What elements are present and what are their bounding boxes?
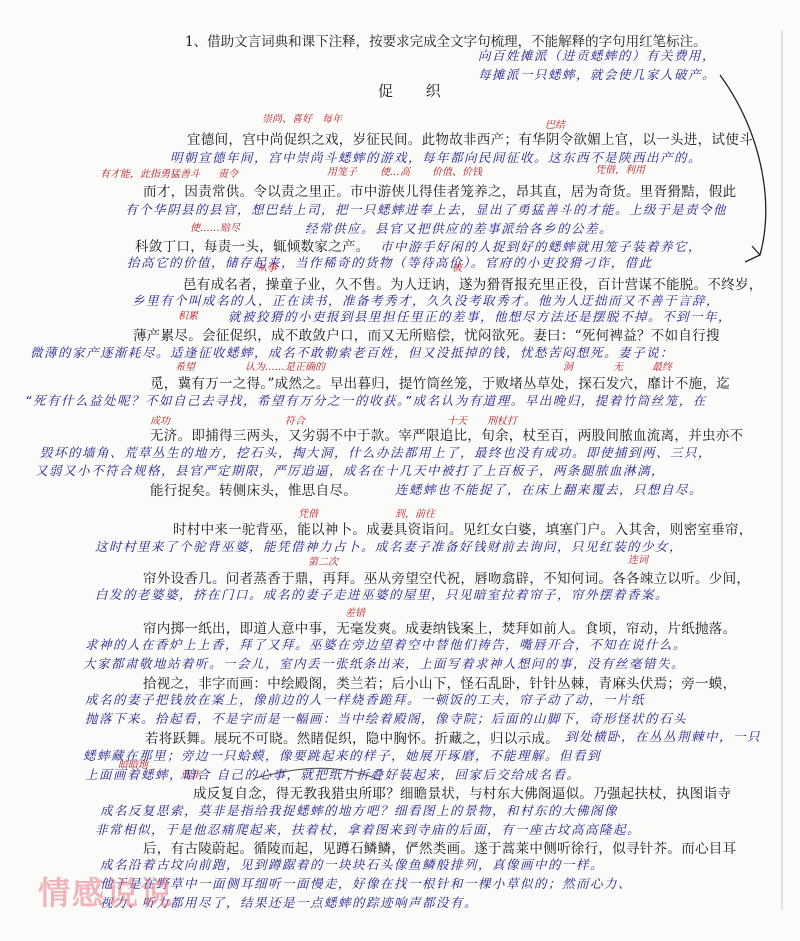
translation-line: 这时村里来了个驼背巫婆，能凭借神力占卜。成名妻子准备好钱财前去询问，只见红装的少… bbox=[95, 537, 683, 555]
translation-line: 成名的妻子把钱放在案上，像前边的人一样烧香跪拜。一顿饭的工夫，帘子动了动，一片纸 bbox=[85, 690, 645, 708]
translation-line: 抛落下来。拾起看，不是字而是一幅画：当中绘着殿阁，像寺院；后面的山脚下，奇形怪状… bbox=[85, 709, 687, 727]
page-edge-divider bbox=[781, 30, 783, 910]
red-annotation: 责令 bbox=[218, 165, 238, 180]
red-annotation: 希望 bbox=[175, 358, 195, 373]
translation-line: 又弱又小不符合规格，县官严定期限，严厉追逼，成名在十几天中被打了上百板子，两条腿… bbox=[35, 461, 665, 479]
red-annotation: 使…高 bbox=[380, 163, 410, 178]
original-text-line: 科敛丁口，每责一头，辄倾数家之产。 bbox=[135, 235, 370, 255]
red-annotation: 价值、价钱 bbox=[432, 163, 482, 178]
red-annotation: 使……赔尽 bbox=[190, 219, 240, 234]
original-text-line: 拾视之，非字而画：中绘殿阁，类兰若；后小山下，怪石乱卧，针针丛棘，青麻头伏焉；旁… bbox=[143, 672, 736, 692]
red-annotation: 崇尚、喜好 bbox=[262, 110, 312, 125]
original-text-line: 后，有古陵蔚起。循陵而起，见蹲石鳞鳞，俨然类画。遂于蒿莱中侧听徐行，似寻针芥。而… bbox=[143, 837, 736, 857]
original-text-line: 若将跃舞。展玩不可晓。然睹促织，隐中胸怀。折藏之，归以示成。 bbox=[145, 727, 559, 747]
translation-line: 他于是在野草中一面侧耳细听一面慢走，好像在找一根针和一棵小草似的；然而心力、 bbox=[100, 874, 632, 892]
red-annotation: 积累 bbox=[178, 307, 198, 322]
translation-line: 白发的老婆婆，挤在门口。成名的妻子走进巫婆的屋里，只见暗室拉着帘子，帘外摆着香案… bbox=[95, 585, 669, 603]
original-text-line: 帘外设香几。问者蒸香于鼎，再拜。巫从旁望空代祝，唇吻翕辟，不知何词。各各竦立以听… bbox=[143, 567, 750, 587]
top-note-line-1: 向百姓摊派（进贡蟋蟀的）有关费用， bbox=[478, 46, 716, 64]
red-annotation: 有才能，此指勇猛善斗 bbox=[100, 165, 200, 180]
red-annotation: 第二次 bbox=[308, 553, 338, 568]
translation-line: 非常相似，于是他忍痛爬起来，扶着杖，拿着图来到寺庙的后面，有一座古坟高高隆起。 bbox=[95, 820, 641, 838]
red-annotation: 被 bbox=[452, 259, 462, 274]
translation-line: 蟋蟀藏在那里；旁边一只蛤蟆，像要跳起来的样子，她展开琢磨，不能理解。但看到 bbox=[83, 746, 601, 764]
red-annotation: 凭借，利用 bbox=[595, 161, 645, 176]
original-text-line: 觅，冀有万一之得。”成然之。早出暮归，提竹筒丝笼，于败堵丛草处，探石发穴，靡计不… bbox=[150, 372, 730, 392]
original-text-line: 无济。即捕得三两头，又劣弱不中于款。宰严限追比，旬余，杖至百，两股间脓血流离，并… bbox=[150, 424, 743, 444]
red-annotation: 每年 bbox=[322, 110, 342, 125]
red-annotation: 无 bbox=[613, 358, 623, 373]
page-title: 促 织 bbox=[378, 80, 455, 101]
translation-line: 求神的人在香炉上上香，拜了又拜。巫婆在旁边望着空中替他们祷告，嘴唇开合，不知在说… bbox=[85, 635, 687, 653]
translation-line: 成名反复思索，莫非是指给我捉蟋蟀的地方吧？细看图上的景物，和村东的大佛阁像 bbox=[100, 801, 618, 819]
translation-line: 有个华阴县的县官，想巴结上司，把一只蟋蟀进奉上去，显出了勇猛善斗的才能。上级于是… bbox=[125, 200, 727, 218]
original-text-line: 帘内掷一纸出，即道人意中事，无毫发爽。成妻纳钱案上，焚拜如前人。食顷，帘动，片纸… bbox=[143, 617, 736, 637]
translation-line: 大家都肃敬地站着听。一会儿，室内丢一张纸条出来，上面写着求神人想问的事，没有丝毫… bbox=[83, 654, 685, 672]
watermark-text: 情感说说 bbox=[38, 868, 174, 914]
document-page: 1、借助文言词典和课下注释，按要求完成全文字句梳理，不能解释的字句用红笔标注。 … bbox=[0, 0, 800, 941]
translation-line: 微薄的家产逐渐耗尽。适逢征收蟋蟀，成名不敢勒索老百姓，但又没抵掉的钱，忧愁苦闷想… bbox=[30, 343, 674, 361]
original-text-line: 成反复自念，得无教我猎虫所耶？细瞻景状，与村东大佛阁逼似。乃强起扶杖，执图诣寺 bbox=[193, 782, 731, 802]
translation-line: 成名沿着古坟向前跑，见到蹲踞着的一块块石头像鱼鳞般排列，真像画中的一样。 bbox=[100, 855, 604, 873]
translation-line: 上面画着蟋蟀，暗合 自己的心事，就把纸片折叠好装起来，回家后交给成名看。 bbox=[85, 765, 580, 783]
red-annotation: 连词 bbox=[628, 551, 648, 566]
red-annotation: 认为……是正确的 bbox=[245, 358, 325, 373]
red-annotation: 从事 bbox=[257, 259, 277, 274]
red-annotation: 最终 bbox=[652, 358, 672, 373]
top-note-line-2: 每摊派一只蟋蟀，就会使几家人破产。 bbox=[478, 65, 716, 83]
translation-line: 就被狡猾的小吏报到县里担任里正的差事，他想尽方法还是摆脱不掉。不到一年， bbox=[228, 307, 732, 325]
translation-line: “死有什么益处呢？不如自己去寻找，希望有万分之一的收获。”成名认为有道理。早出晚… bbox=[25, 391, 707, 409]
translation-line: 连蟋蟀也不能捉了，在床上翻来覆去，只想自尽。 bbox=[395, 480, 703, 498]
original-text-line: 而才，因责常供。令以责之里正。市中游侠儿得佳者笼养之，昂其直，居为奇货。里胥猾黠… bbox=[143, 180, 736, 200]
translation-line: 到处横卧，在丛丛荆棘中，一只 bbox=[565, 727, 761, 745]
translation-line: 毁坏的墙角、荒草丛生的地方，挖石头，掏大洞，什么办法都用上了，最终也没有成功。即… bbox=[40, 443, 712, 461]
original-text-line: 宜德间，宫中尚促织之戏，岁征民间。此物故非西产；有华阴令欲媚上官，以一头进，试使… bbox=[187, 128, 753, 148]
original-text-line: 薄产累尽。会征促织，成不敢敛户口，而又无所赔偿，忧闷欲死。妻曰：“死何裨益？不如… bbox=[133, 324, 720, 344]
original-text-line: 时村中来一驼背巫，能以神卜。成妻具资诣问。见红女白婆，填塞门户。入其舍，则密室垂… bbox=[173, 518, 753, 538]
red-annotation: 用笼子 bbox=[327, 163, 357, 178]
original-text-line: 邑有成名者，操童子业，久不售。为人迂讷，遂为猾胥报充里正役，百计营谋不能脱。不终… bbox=[183, 273, 763, 293]
translation-line: 抬高它的价值，储存起来，当作稀奇的货物（等待高价）。官府的小吏狡猾刁诈，借此 bbox=[127, 253, 653, 271]
red-annotation: 洞 bbox=[563, 358, 573, 373]
original-text-line: 能行捉矣。转侧床头，惟思自尽。 bbox=[150, 479, 357, 499]
